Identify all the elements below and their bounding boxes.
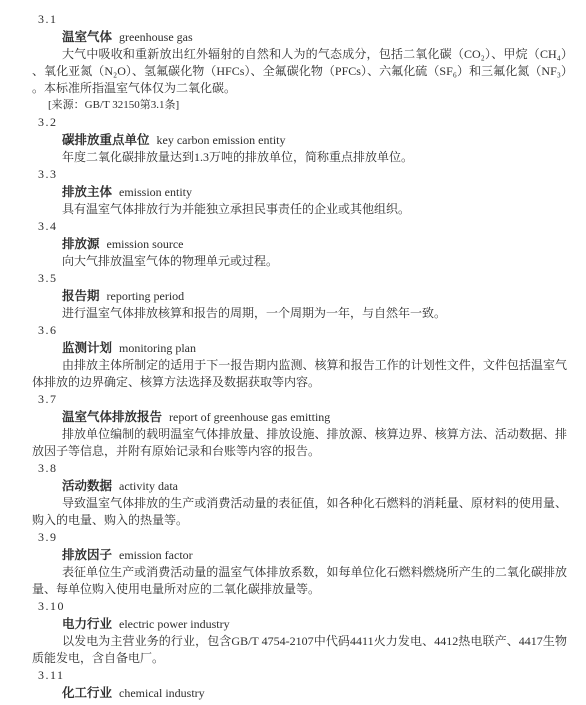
clause-3-9: 3.9 排放因子emission factor 表征单位生产或消费活动量的温室气…: [32, 529, 567, 598]
definition-text: 具有温室气体排放行为并能独立承担民事责任的企业或其他组织。: [32, 201, 567, 218]
term-chinese: 电力行业: [62, 617, 112, 631]
term-chinese: 监测计划: [62, 341, 112, 355]
term-english: chemical industry: [119, 686, 205, 700]
definition-text: 表征单位生产或消费活动量的温室气体排放系数，如每单位化石燃料燃烧所产生的二氧化碳…: [32, 564, 567, 598]
clause-number: 3.6: [32, 322, 567, 339]
term-line: 温室气体greenhouse gas: [32, 28, 567, 46]
term-line: 温室气体排放报告report of greenhouse gas emittin…: [32, 408, 567, 426]
definition-text: 向大气排放温室气体的物理单元或过程。: [32, 253, 567, 270]
term-english: greenhouse gas: [119, 30, 193, 44]
term-line: 活动数据activity data: [32, 477, 567, 495]
clause-number: 3.2: [32, 114, 567, 131]
term-english: emission entity: [119, 185, 192, 199]
term-line: 碳排放重点单位key carbon emission entity: [32, 131, 567, 149]
term-line: 排放主体emission entity: [32, 183, 567, 201]
clause-3-3: 3.3 排放主体emission entity 具有温室气体排放行为并能独立承担…: [32, 166, 567, 218]
term-english: emission source: [107, 237, 184, 251]
term-english: report of greenhouse gas emitting: [169, 410, 330, 424]
term-line: 排放因子emission factor: [32, 546, 567, 564]
clause-number: 3.7: [32, 391, 567, 408]
term-line: 化工行业chemical industry: [32, 684, 567, 702]
term-chinese: 排放源: [62, 237, 100, 251]
clause-3-6: 3.6 监测计划monitoring plan 由排放主体所制定的适用于下一报告…: [32, 322, 567, 391]
term-english: reporting period: [107, 289, 185, 303]
clause-number: 3.1: [32, 11, 567, 28]
clause-number: 3.11: [32, 667, 567, 684]
clause-number: 3.8: [32, 460, 567, 477]
term-chinese: 碳排放重点单位: [62, 133, 150, 147]
document-page: 3.1 温室气体greenhouse gas 大气中吸收和重新放出红外辐射的自然…: [0, 0, 586, 705]
clause-number: 3.10: [32, 598, 567, 615]
clause-3-11: 3.11 化工行业chemical industry: [32, 667, 567, 702]
definition-text: 排放单位编制的载明温室气体排放量、排放设施、排放源、核算边界、核算方法、活动数据…: [32, 426, 567, 460]
term-english: monitoring plan: [119, 341, 196, 355]
clause-3-10: 3.10 电力行业electric power industry 以发电为主营业…: [32, 598, 567, 667]
term-english: electric power industry: [119, 617, 230, 631]
term-chinese: 报告期: [62, 289, 100, 303]
clause-3-7: 3.7 温室气体排放报告report of greenhouse gas emi…: [32, 391, 567, 460]
source-note: [来源：GB/T 32150第3.1条]: [32, 97, 567, 114]
term-english: key carbon emission entity: [157, 133, 286, 147]
clause-3-1: 3.1 温室气体greenhouse gas 大气中吸收和重新放出红外辐射的自然…: [32, 11, 567, 114]
definition-text: 年度二氧化碳排放量达到1.3万吨的排放单位，简称重点排放单位。: [32, 149, 567, 166]
definition-text: 进行温室气体排放核算和报告的周期，一个周期为一年，与自然年一致。: [32, 305, 567, 322]
clause-3-8: 3.8 活动数据activity data 导致温室气体排放的生产或消费活动量的…: [32, 460, 567, 529]
clause-3-4: 3.4 排放源emission source 向大气排放温室气体的物理单元或过程…: [32, 218, 567, 270]
term-line: 排放源emission source: [32, 235, 567, 253]
definition-text: 以发电为主营业务的行业，包含GB/T 4754-2107中代码4411火力发电、…: [32, 633, 567, 667]
term-chinese: 活动数据: [62, 479, 112, 493]
definition-text: 大气中吸收和重新放出红外辐射的自然和人为的气态成分，包括二氧化碳（CO₂）、甲烷…: [32, 46, 567, 97]
clause-3-5: 3.5 报告期reporting period 进行温室气体排放核算和报告的周期…: [32, 270, 567, 322]
clause-3-2: 3.2 碳排放重点单位key carbon emission entity 年度…: [32, 114, 567, 166]
term-english: activity data: [119, 479, 178, 493]
term-chinese: 排放因子: [62, 548, 112, 562]
clause-number: 3.4: [32, 218, 567, 235]
clause-number: 3.5: [32, 270, 567, 287]
term-line: 报告期reporting period: [32, 287, 567, 305]
term-line: 电力行业electric power industry: [32, 615, 567, 633]
term-english: emission factor: [119, 548, 193, 562]
clause-number: 3.9: [32, 529, 567, 546]
term-chinese: 排放主体: [62, 185, 112, 199]
definition-text: 由排放主体所制定的适用于下一报告期内监测、核算和报告工作的计划性文件，文件包括温…: [32, 357, 567, 391]
term-chinese: 化工行业: [62, 686, 112, 700]
term-line: 监测计划monitoring plan: [32, 339, 567, 357]
clause-number: 3.3: [32, 166, 567, 183]
term-chinese: 温室气体排放报告: [62, 410, 162, 424]
definition-text: 导致温室气体排放的生产或消费活动量的表征值，如各种化石燃料的消耗量、原材料的使用…: [32, 495, 567, 529]
term-chinese: 温室气体: [62, 30, 112, 44]
